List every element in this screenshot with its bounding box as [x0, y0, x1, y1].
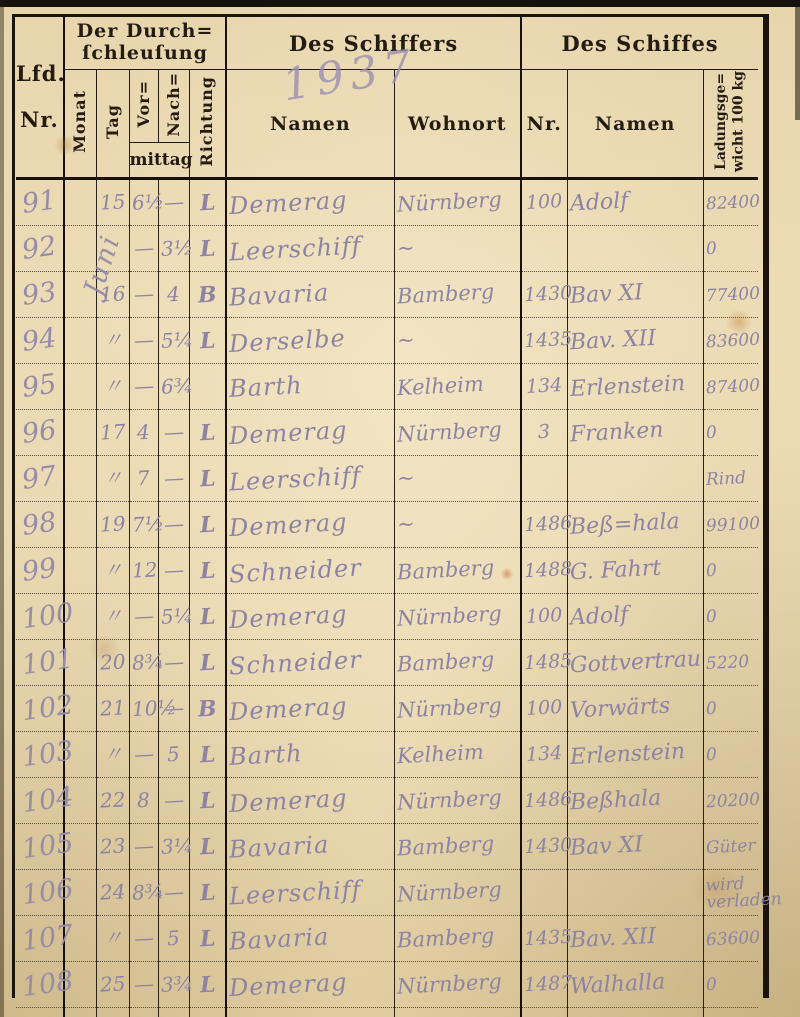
- cell-schiff-name: [567, 456, 703, 502]
- value-schiff-nr: 134: [526, 744, 563, 765]
- cell-vormittag: 12: [129, 548, 158, 594]
- cell-monat: [64, 410, 96, 456]
- table-row: 96 17 4 — L Demerag Nürnberg 3 Franken 0: [16, 410, 758, 456]
- cell-richtung: L: [189, 916, 226, 962]
- value-nachmittag: 3¾: [160, 973, 193, 995]
- header-group-schiffes: Des Schiffes: [521, 17, 758, 70]
- cell-ladungsgewicht: 83600: [703, 318, 758, 364]
- value-nachmittag: 5: [167, 744, 181, 765]
- header-group-durchschleusung: Der Durch= ſchleuſung: [64, 17, 226, 70]
- value-ladungsgewicht: 83600: [705, 332, 760, 352]
- cell-lfd-nr: 93: [16, 272, 64, 318]
- value-schiff-name: Bav. XII: [569, 327, 656, 353]
- value-tag: 20: [99, 651, 125, 672]
- value-richtung: L: [199, 789, 216, 812]
- value-schiffer-name: Demerag: [229, 693, 349, 723]
- cell-lfd-nr: 96: [16, 410, 64, 456]
- value-nachmittag: —: [163, 697, 184, 718]
- header-nachmittag: Nach=: [158, 70, 189, 143]
- cell-wohnort: Bamberg: [394, 272, 521, 318]
- cell-schiff-name: Bav XI: [567, 272, 703, 318]
- cell-vormittag: —: [129, 318, 158, 364]
- cell-lfd-nr: 94: [16, 318, 64, 364]
- cell-schiff-nr: 1430: [521, 824, 567, 870]
- cell-lfd-nr: 102: [16, 686, 64, 732]
- value-schiffer-name: Bavaria: [228, 280, 329, 309]
- cell-schiffer-name: Bavaria: [226, 916, 394, 962]
- cell-nachmittag: 3¼: [158, 824, 189, 870]
- cell-wohnort: Nürnberg: [394, 962, 521, 1008]
- cell-wohnort: Bamberg: [394, 548, 521, 594]
- value-vormittag: —: [133, 237, 154, 258]
- cell-schiff-name: Erlenstein: [567, 732, 703, 778]
- value-tag: 〃: [102, 605, 123, 626]
- cell-schiff-name: Bav XI: [567, 824, 703, 870]
- cell-schiff-nr: 100: [521, 594, 567, 640]
- cell-nachmittag: —: [158, 410, 189, 456]
- cell-tag: 23: [96, 824, 129, 870]
- value-tag: 25: [99, 973, 125, 994]
- value-schiffer-name: Demerag: [229, 187, 349, 217]
- value-nachmittag: —: [163, 651, 184, 672]
- value-nachmittag: —: [163, 881, 184, 902]
- table-row: 95 〃 — 6¾ Barth Kelheim 134 Erlenstein 8…: [16, 364, 758, 410]
- value-nachmittag: —: [163, 559, 184, 580]
- value-wohnort: Nürnberg: [396, 787, 502, 813]
- value-ladungsgewicht: 99100: [705, 516, 760, 536]
- table-row: 107 〃 — 5 L Bavaria Bamberg 1435 Bav. XI…: [16, 916, 758, 962]
- value-wohnort: Kelheim: [396, 742, 484, 768]
- value-ladungsgewicht: 63600: [705, 930, 760, 950]
- value-wohnort: ~: [396, 468, 415, 490]
- cell-schiff-name: Beß=hala: [567, 502, 703, 548]
- cell-vormittag: —: [129, 916, 158, 962]
- cell-lfd-nr: 98: [16, 502, 64, 548]
- cell-ladungsgewicht: 0: [703, 732, 758, 778]
- cell-richtung: L: [189, 226, 226, 272]
- cell-schiff-nr: [521, 226, 567, 272]
- cell-monat: [64, 502, 96, 548]
- value-schiff-nr: 1485: [524, 652, 573, 674]
- value-schiff-name: Beßhala: [569, 787, 661, 814]
- cell-tag: 〃: [96, 318, 129, 364]
- value-schiffer-name: Schneider: [229, 555, 363, 586]
- cell-ladungsgewicht: Rind: [703, 456, 758, 502]
- value-schiffer-name: Bavaria: [228, 832, 329, 861]
- header-ladungsgewicht: Ladungsge= wicht 100 kg: [703, 70, 758, 179]
- cell-schiff-nr: 134: [521, 732, 567, 778]
- value-lfd-nr: 95: [16, 370, 58, 402]
- cell-richtung: B: [189, 272, 226, 318]
- photo-edge-left: [0, 0, 4, 1017]
- value-ladungsgewicht: wird verladen: [705, 874, 782, 912]
- value-richtung: L: [199, 651, 216, 674]
- value-schiff-nr: 100: [526, 192, 563, 213]
- value-schiffer-name: Schneider: [229, 647, 363, 678]
- value-richtung: L: [199, 881, 216, 904]
- ledger-table-frame: Lfd. Nr. Der Durch= ſchleuſung Des Schif…: [12, 14, 769, 998]
- value-wohnort: Bamberg: [396, 833, 494, 859]
- cell-richtung: L: [189, 456, 226, 502]
- cell-vormittag: 7: [129, 456, 158, 502]
- cell-ladungsgewicht: 0: [703, 686, 758, 732]
- cell-richtung: L: [189, 962, 226, 1008]
- cell-ladungsgewicht: 0: [703, 410, 758, 456]
- cell-ladungsgewicht: 87400: [703, 364, 758, 410]
- cell-schiffer-name: Demerag: [226, 594, 394, 640]
- value-vormittag: 8¾: [131, 881, 164, 903]
- cell-wohnort: Bamberg: [394, 640, 521, 686]
- value-schiffer-name: Leerschiff: [229, 463, 363, 494]
- cell-vormittag: —: [129, 732, 158, 778]
- value-schiff-name: Gottvertrau: [569, 648, 701, 677]
- cell-wohnort: Nürnberg: [394, 179, 521, 226]
- cell-monat: [64, 456, 96, 502]
- value-lfd-nr: 98: [16, 508, 58, 540]
- value-richtung: L: [199, 513, 216, 536]
- cell-schiffer-name: Schneider: [226, 640, 394, 686]
- cell-nachmittag: —: [158, 548, 189, 594]
- cell-ladungsgewicht: 63600: [703, 916, 758, 962]
- value-tag: 〃: [102, 467, 123, 488]
- cell-schiff-nr: 1435: [521, 318, 567, 364]
- cell-schiff-nr: [521, 456, 567, 502]
- value-wohnort: Bamberg: [396, 649, 494, 675]
- ledger-rows: 91 15 6½ — L Demerag Nürnberg 100 Adolf …: [16, 179, 758, 1008]
- cell-tag: 〃: [96, 732, 129, 778]
- cell-wohnort: Kelheim: [394, 732, 521, 778]
- value-vormittag: —: [133, 927, 154, 948]
- cell-schiffer-name: Barth: [226, 364, 394, 410]
- value-wohnort: Nürnberg: [396, 971, 502, 997]
- value-nachmittag: 4: [167, 284, 181, 305]
- value-lfd-nr: 108: [16, 967, 75, 1001]
- cell-nachmittag: 6¾: [158, 364, 189, 410]
- cell-ladungsgewicht: 0: [703, 548, 758, 594]
- value-schiff-name: Vorwärts: [569, 695, 670, 722]
- cell-monat: [64, 364, 96, 410]
- table-row: 97 〃 7 — L Leerschiff ~ Rind: [16, 456, 758, 502]
- cell-schiff-name: Franken: [567, 410, 703, 456]
- cell-schiff-nr: 1487: [521, 962, 567, 1008]
- value-schiffer-name: Demerag: [229, 601, 349, 631]
- value-vormittag: 8¾: [131, 651, 164, 673]
- cell-richtung: L: [189, 778, 226, 824]
- cell-wohnort: Bamberg: [394, 824, 521, 870]
- cell-schiff-nr: 1435: [521, 916, 567, 962]
- cell-vormittag: 7½: [129, 502, 158, 548]
- cell-ladungsgewicht: 5220: [703, 640, 758, 686]
- value-vormittag: 8: [137, 790, 151, 811]
- table-row: 101 20 8¾ — L Schneider Bamberg 1485 Got…: [16, 640, 758, 686]
- cell-nachmittag: 4: [158, 272, 189, 318]
- value-vormittag: —: [133, 835, 154, 856]
- value-vormittag: 12: [131, 559, 157, 580]
- value-tag: 〃: [102, 743, 123, 764]
- value-wohnort: Bamberg: [396, 281, 494, 307]
- value-schiff-name: G. Fahrt: [569, 557, 661, 584]
- value-wohnort: Nürnberg: [396, 879, 502, 905]
- value-schiff-nr: 100: [526, 606, 563, 627]
- value-richtung: L: [199, 559, 216, 582]
- cell-schiff-name: Adolf: [567, 179, 703, 226]
- cell-ladungsgewicht: 0: [703, 594, 758, 640]
- cell-schiffer-name: Leerschiff: [226, 226, 394, 272]
- cell-schiffer-name: Schneider: [226, 548, 394, 594]
- value-schiffer-name: Bavaria: [228, 924, 329, 953]
- cell-schiff-name: [567, 226, 703, 272]
- cell-schiff-nr: 1485: [521, 640, 567, 686]
- value-lfd-nr: 91: [16, 186, 58, 218]
- value-wohnort: ~: [396, 514, 415, 536]
- cell-lfd-nr: 104: [16, 778, 64, 824]
- cell-nachmittag: 5: [158, 732, 189, 778]
- value-lfd-nr: 106: [16, 875, 75, 909]
- cell-lfd-nr: 91: [16, 179, 64, 226]
- cell-schiff-name: [567, 870, 703, 916]
- value-vormittag: —: [133, 605, 154, 626]
- value-lfd-nr: 100: [16, 599, 75, 633]
- cell-lfd-nr: 99: [16, 548, 64, 594]
- value-richtung: L: [199, 605, 216, 628]
- value-ladungsgewicht: 0: [705, 241, 717, 259]
- value-lfd-nr: 99: [16, 554, 58, 586]
- cell-schiffer-name: Derselbe: [226, 318, 394, 364]
- header-tag: Tag: [96, 70, 129, 179]
- value-wohnort: ~: [396, 238, 415, 260]
- table-row: 99 〃 12 — L Schneider Bamberg 1488 G. Fa…: [16, 548, 758, 594]
- printed-header: Lfd. Nr. Der Durch= ſchleuſung Des Schif…: [16, 17, 758, 179]
- value-nachmittag: —: [163, 513, 184, 534]
- value-schiff-name: Bav XI: [569, 834, 643, 860]
- value-nachmittag: 5¼: [160, 605, 193, 627]
- value-ladungsgewicht: 77400: [705, 286, 760, 306]
- value-ladungsgewicht: 87400: [705, 378, 760, 398]
- value-nachmittag: —: [163, 421, 184, 442]
- value-nachmittag: —: [163, 467, 184, 488]
- value-schiff-nr: 1435: [524, 330, 573, 352]
- value-schiff-nr: 1430: [524, 284, 573, 306]
- value-wohnort: Bamberg: [396, 925, 494, 951]
- value-schiff-nr: 3: [538, 423, 551, 443]
- cell-nachmittag: —: [158, 778, 189, 824]
- cell-lfd-nr: 97: [16, 456, 64, 502]
- value-lfd-nr: 93: [16, 278, 58, 310]
- cell-schiff-name: Erlenstein: [567, 364, 703, 410]
- value-schiff-name: Franken: [569, 419, 664, 446]
- value-tag: 22: [99, 789, 125, 810]
- cell-schiff-name: Vorwärts: [567, 686, 703, 732]
- cell-lfd-nr: 92: [16, 226, 64, 272]
- cell-lfd-nr: 106: [16, 870, 64, 916]
- value-lfd-nr: 102: [16, 691, 75, 725]
- value-tag: 〃: [102, 927, 123, 948]
- cell-schiff-name: Adolf: [567, 594, 703, 640]
- value-vormittag: 6½: [131, 191, 164, 213]
- value-wohnort: Kelheim: [396, 374, 484, 400]
- value-wohnort: ~: [396, 330, 415, 352]
- value-schiffer-name: Demerag: [229, 785, 349, 815]
- value-schiff-nr: 1488: [524, 560, 573, 582]
- photo-edge-right: [795, 0, 800, 120]
- cell-tag: 〃: [96, 456, 129, 502]
- cell-schiffer-name: Bavaria: [226, 824, 394, 870]
- cell-vormittag: —: [129, 824, 158, 870]
- value-lfd-nr: 107: [16, 921, 75, 955]
- table-row: 102 21 10½ — B Demerag Nürnberg 100 Vorw…: [16, 686, 758, 732]
- value-ladungsgewicht: 0: [705, 563, 717, 581]
- cell-ladungsgewicht: 82400: [703, 179, 758, 226]
- table-row: 105 23 — 3¼ L Bavaria Bamberg 1430 Bav X…: [16, 824, 758, 870]
- cell-vormittag: 6½: [129, 179, 158, 226]
- cell-ladungsgewicht: 0: [703, 962, 758, 1008]
- value-ladungsgewicht: 0: [705, 977, 717, 995]
- table-row: 91 15 6½ — L Demerag Nürnberg 100 Adolf …: [16, 179, 758, 226]
- value-ladungsgewicht: Güter: [705, 838, 755, 858]
- value-richtung: L: [199, 329, 216, 352]
- value-lfd-nr: 103: [16, 737, 75, 771]
- cell-wohnort: Nürnberg: [394, 870, 521, 916]
- cell-vormittag: 4: [129, 410, 158, 456]
- value-lfd-nr: 101: [16, 645, 75, 679]
- table-row: 94 〃 — 5¼ L Derselbe ~ 1435 Bav. XII 836…: [16, 318, 758, 364]
- value-ladungsgewicht: 0: [705, 701, 717, 719]
- cell-schiff-nr: 1486: [521, 502, 567, 548]
- cell-tag: 22: [96, 778, 129, 824]
- table-row: 108 25 — 3¾ L Demerag Nürnberg 1487 Walh…: [16, 962, 758, 1008]
- cell-schiff-nr: 100: [521, 179, 567, 226]
- header-schiff-namen: Namen: [567, 70, 703, 179]
- value-wohnort: Nürnberg: [396, 189, 502, 215]
- value-richtung: L: [199, 191, 216, 214]
- table-row: 93 16 — 4 B Bavaria Bamberg 1430 Bav XI …: [16, 272, 758, 318]
- table-row: 92 — 3½ L Leerschiff ~ 0: [16, 226, 758, 272]
- value-richtung: L: [199, 467, 216, 490]
- value-ladungsgewicht: 0: [705, 425, 717, 443]
- cell-schiffer-name: Demerag: [226, 778, 394, 824]
- value-schiffer-name: Demerag: [229, 417, 349, 447]
- cell-vormittag: —: [129, 594, 158, 640]
- cell-tag: 〃: [96, 916, 129, 962]
- table-row: 103 〃 — 5 L Barth Kelheim 134 Erlenstein…: [16, 732, 758, 778]
- value-lfd-nr: 105: [16, 829, 75, 863]
- cell-schiffer-name: Demerag: [226, 686, 394, 732]
- value-schiff-nr: 1435: [524, 928, 573, 950]
- value-tag: 21: [99, 697, 125, 718]
- value-schiff-nr: 1430: [524, 836, 573, 858]
- cell-lfd-nr: 107: [16, 916, 64, 962]
- cell-nachmittag: 5: [158, 916, 189, 962]
- cell-schiffer-name: Leerschiff: [226, 870, 394, 916]
- value-schiff-name: Erlenstein: [569, 373, 685, 401]
- value-wohnort: Nürnberg: [396, 695, 502, 721]
- value-ladungsgewicht: 5220: [705, 654, 749, 673]
- value-richtung: L: [199, 421, 216, 444]
- cell-wohnort: Nürnberg: [394, 594, 521, 640]
- value-tag: 〃: [102, 329, 123, 350]
- cell-richtung: L: [189, 732, 226, 778]
- cell-richtung: L: [189, 502, 226, 548]
- cell-wohnort: ~: [394, 226, 521, 272]
- value-schiff-nr: 1487: [524, 974, 573, 996]
- cell-monat: [64, 318, 96, 364]
- cell-wohnort: ~: [394, 456, 521, 502]
- value-schiff-name: Adolf: [569, 190, 628, 215]
- cell-schiffer-name: Barth: [226, 732, 394, 778]
- value-nachmittag: 3½: [160, 237, 193, 259]
- value-schiff-nr: 100: [526, 698, 563, 719]
- value-schiff-nr: 1486: [524, 790, 573, 812]
- scanned-ledger-page: { "colors": { "paper": "#ead9b4", "ink":…: [0, 0, 800, 1017]
- cell-nachmittag: 3½: [158, 226, 189, 272]
- value-vormittag: —: [133, 973, 154, 994]
- value-tag: 24: [99, 881, 125, 902]
- value-wohnort: Nürnberg: [396, 419, 502, 445]
- cell-vormittag: —: [129, 364, 158, 410]
- cell-tag: 19: [96, 502, 129, 548]
- header-schiff-nr: Nr.: [521, 70, 567, 179]
- cell-wohnort: ~: [394, 318, 521, 364]
- cell-vormittag: 8: [129, 778, 158, 824]
- cell-schiff-name: Walhalla: [567, 962, 703, 1008]
- cell-lfd-nr: 95: [16, 364, 64, 410]
- cell-vormittag: —: [129, 272, 158, 318]
- cell-schiff-name: Beßhala: [567, 778, 703, 824]
- cell-monat: [64, 548, 96, 594]
- cell-schiffer-name: Demerag: [226, 962, 394, 1008]
- value-schiffer-name: Leerschiff: [229, 877, 363, 908]
- cell-schiffer-name: Demerag: [226, 410, 394, 456]
- cell-nachmittag: 5¼: [158, 594, 189, 640]
- cell-tag: 17: [96, 410, 129, 456]
- cell-schiffer-name: Leerschiff: [226, 456, 394, 502]
- cell-richtung: L: [189, 640, 226, 686]
- cell-lfd-nr: 101: [16, 640, 64, 686]
- value-lfd-nr: 94: [16, 324, 58, 356]
- ledger-filler-row: [16, 1008, 758, 1017]
- cell-tag: 25: [96, 962, 129, 1008]
- value-nachmittag: —: [163, 191, 184, 212]
- ledger-table: Lfd. Nr. Der Durch= ſchleuſung Des Schif…: [16, 17, 758, 1017]
- value-lfd-nr: 92: [16, 232, 58, 264]
- value-schiff-nr: 134: [526, 376, 563, 397]
- cell-richtung: B: [189, 686, 226, 732]
- table-row: 100 〃 — 5¼ L Demerag Nürnberg 100 Adolf …: [16, 594, 758, 640]
- value-schiffer-name: Demerag: [229, 969, 349, 999]
- cell-schiff-nr: [521, 870, 567, 916]
- cell-vormittag: 8¾: [129, 870, 158, 916]
- value-schiff-name: Beß=hala: [569, 511, 680, 539]
- cell-richtung: L: [189, 318, 226, 364]
- value-ladungsgewicht: Rind: [705, 470, 746, 489]
- value-schiff-name: Erlenstein: [569, 741, 685, 769]
- value-richtung: L: [199, 835, 216, 858]
- cell-monat: [64, 179, 96, 226]
- value-nachmittag: 5: [167, 928, 181, 949]
- value-tag: 23: [99, 835, 125, 856]
- cell-richtung: L: [189, 548, 226, 594]
- cell-richtung: L: [189, 410, 226, 456]
- cell-lfd-nr: 100: [16, 594, 64, 640]
- value-tag: 15: [99, 191, 125, 212]
- value-tag: 19: [99, 513, 125, 534]
- header-richtung: Richtung: [189, 70, 226, 179]
- header-mittag: mittag: [129, 143, 189, 179]
- cell-lfd-nr: 105: [16, 824, 64, 870]
- cell-richtung: L: [189, 179, 226, 226]
- cell-tag: 24: [96, 870, 129, 916]
- cell-tag: 15: [96, 179, 129, 226]
